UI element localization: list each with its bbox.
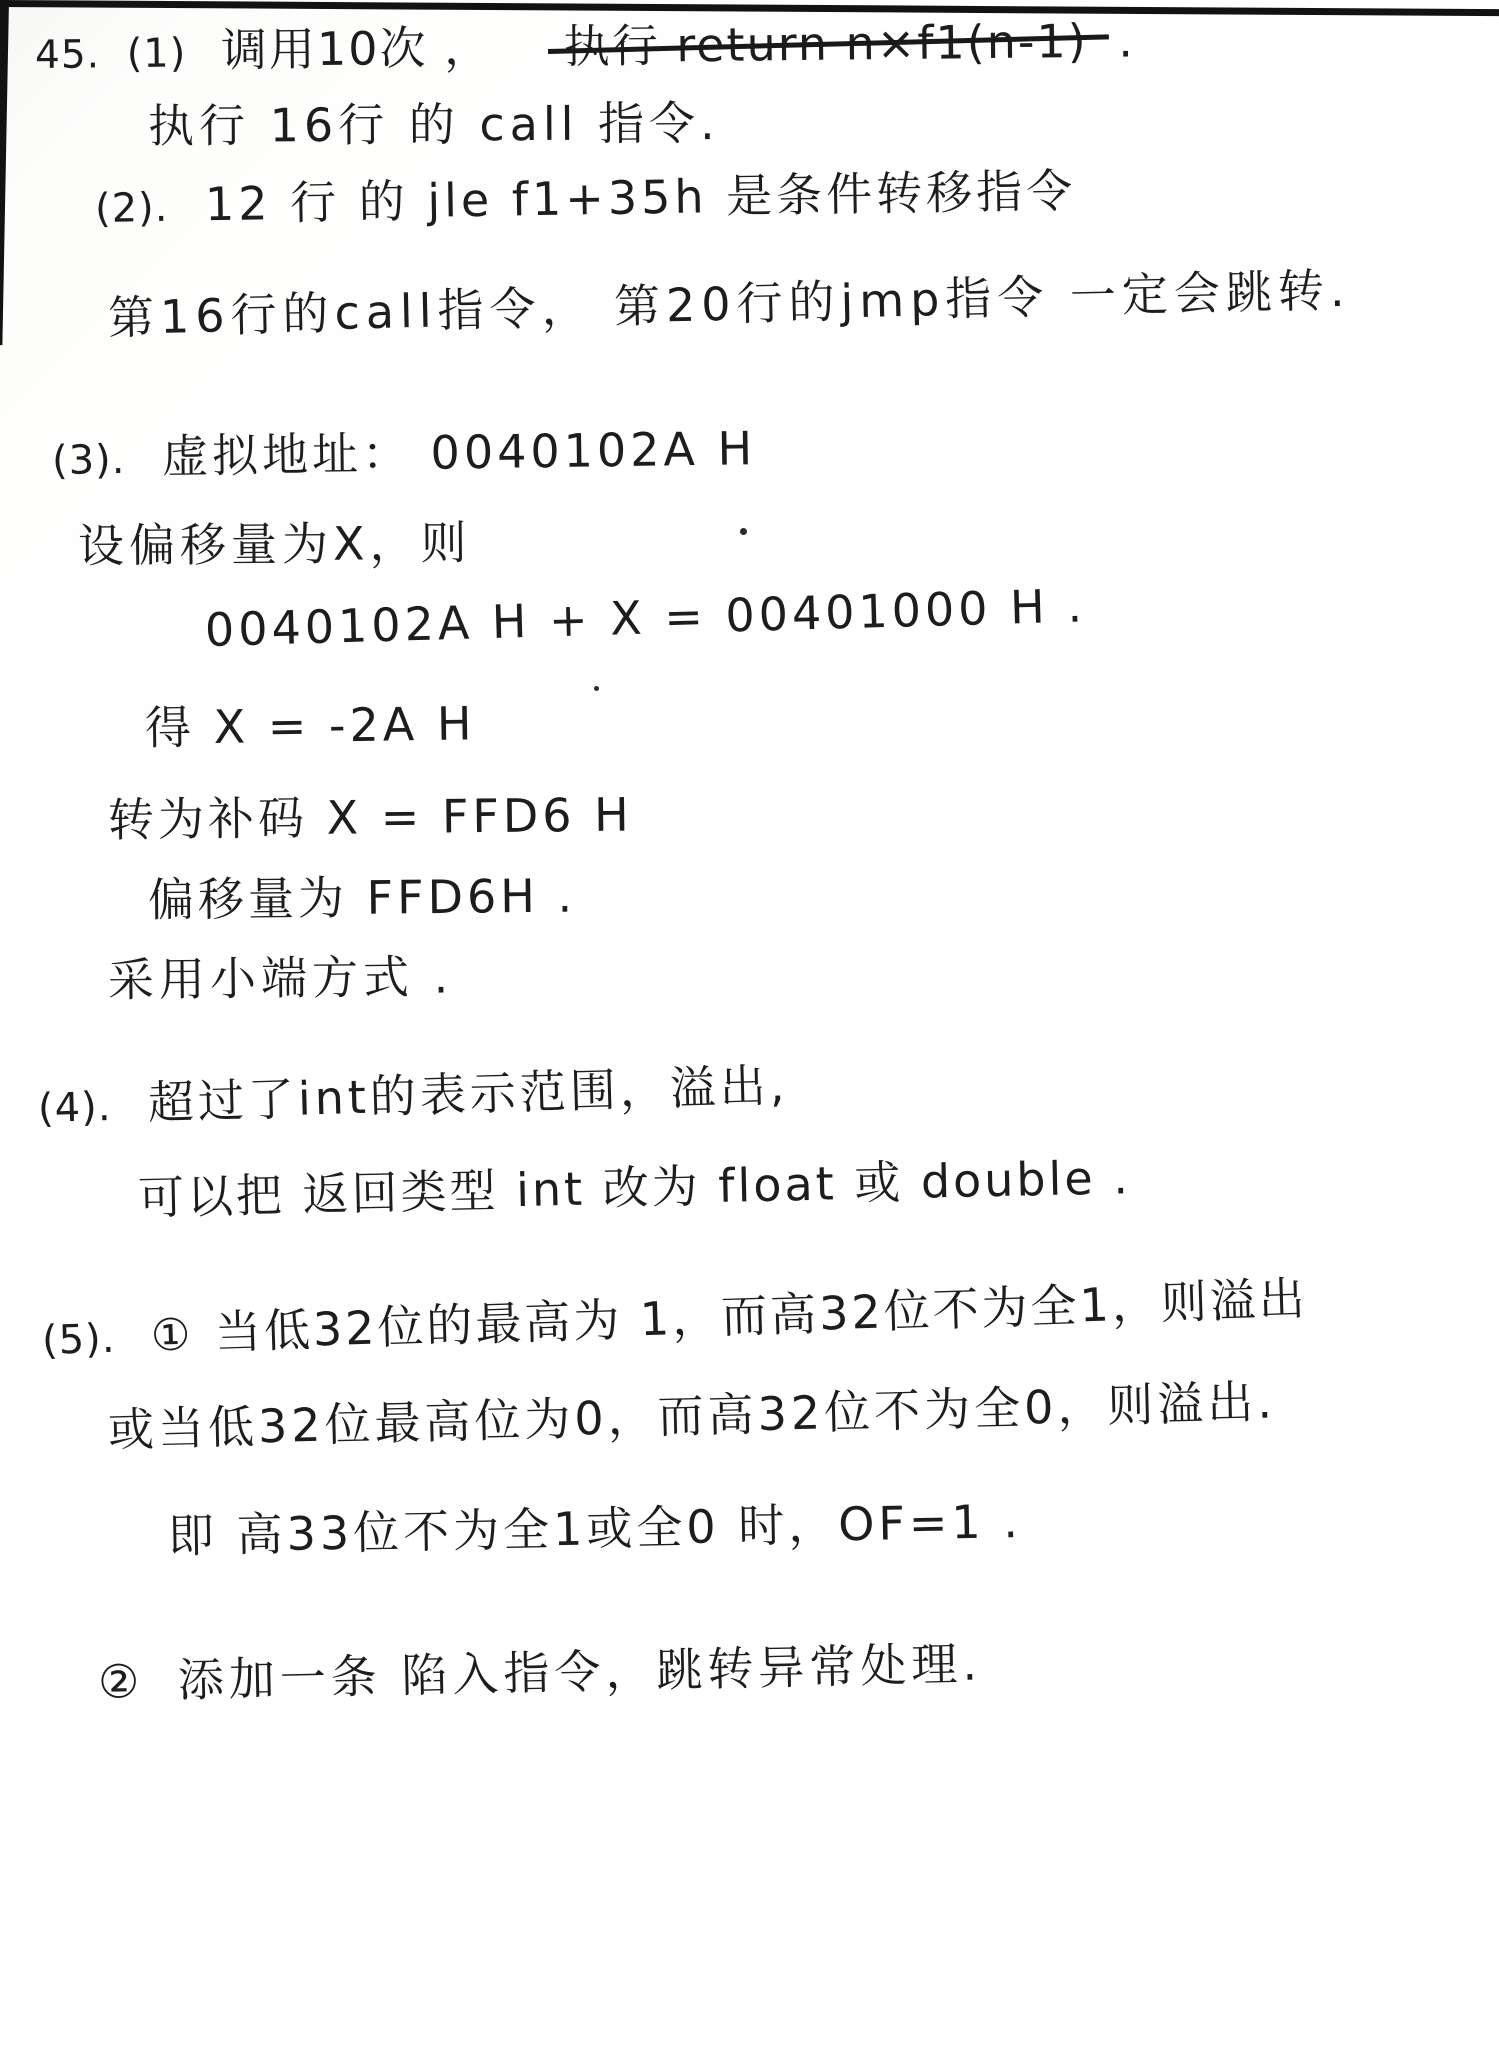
part-marker-4: (4). [37,1084,112,1132]
scanned-note-page: 45. (1) 调用10次 ， 执行 return n×f1(n-1) . 执行… [0,0,1499,2048]
answer-text: 虚拟地址： 0040102A H [162,421,757,483]
formula-text: 转为补码 X = FFD6 H [108,788,633,847]
formula-text: 0040102A H + X = 00401000 H . [204,578,1086,657]
answer-text: 调用10次 ， [221,20,493,77]
answer-text: 超过了int的表示范围，溢出, [147,1058,789,1130]
answer-text: 当低32位的最高为 1，而高32位不为全1，则溢出 [214,1271,1308,1359]
answer-line-6: 设偏移量为X，则 [78,517,472,573]
answer-text: 12 行 的 jle f1+35h 是条件转移指令 [205,164,1077,232]
answer-text: . [1118,13,1135,67]
part-marker-3: (3). [52,437,126,484]
answer-line-7: 0040102A H + X = 00401000 H . [204,579,1086,656]
answer-line-8: 得 X = -2A H [145,697,476,754]
answer-line-5: (3). 虚拟地址： 0040102A H [52,422,757,485]
part-marker-1: (1) [126,30,186,77]
answer-line-15: 或当低32位最高位为0，而高32位不为全0，则溢出. [107,1375,1276,1456]
scan-border-left [0,0,9,345]
ink-speck [740,528,747,535]
answer-line-4: 第16行的call指令， 第20行的jmp指令 一定会跳转. [107,264,1351,345]
scan-border-top [0,0,1499,16]
answer-text: 偏移量为 FFD6H . [148,869,577,927]
answer-text: 采用小端方式 . [108,949,454,1007]
answer-line-3: (2). 12 行 的 jle f1+35h 是条件转移指令 [95,165,1077,233]
circled-2-marker: ② [97,1654,140,1709]
answer-line-17: ② 添加一条 陷入指令，跳转异常处理. [97,1637,982,1708]
formula-text: 得 X = -2A H [145,696,476,755]
answer-text: 即 高33位不为全1或全0 时，OF=1 . [168,1494,1023,1563]
answer-line-16: 即 高33位不为全1或全0 时，OF=1 . [168,1495,1023,1563]
answer-text: 添加一条 陷入指令，跳转异常处理. [177,1636,982,1707]
part-marker-2: (2). [95,185,169,232]
answer-line-1: 45. (1) 调用10次 ， 执行 return n×f1(n-1) . [35,14,1135,78]
answer-line-10: 偏移量为 FFD6H . [148,870,577,927]
answer-text: 或当低32位最高位为0，而高32位不为全0，则溢出. [107,1374,1276,1457]
struck-text: 执行 return n×f1(n-1) [563,15,1087,73]
part-marker-5: (5). [41,1316,116,1364]
answer-line-2: 执行 16行 的 call 指令. [148,97,720,153]
answer-text: 可以把 返回类型 int 改为 float 或 double . [137,1150,1131,1225]
answer-line-12: (4). 超过了int的表示范围，溢出, [37,1059,789,1133]
ink-speck [594,686,599,691]
answer-text: 执行 16行 的 call 指令. [148,96,720,153]
answer-line-11: 采用小端方式 . [108,950,454,1007]
answer-text: 设偏移量为X，则 [78,516,472,573]
question-number: 45. [35,32,100,78]
answer-line-9: 转为补码 X = FFD6 H [108,789,633,847]
answer-text: 第16行的call指令， 第20行的jmp指令 一定会跳转. [107,263,1351,345]
circled-1-marker: ① [150,1309,192,1361]
answer-line-13: 可以把 返回类型 int 改为 float 或 double . [137,1151,1131,1225]
answer-line-14: (5). ① 当低32位的最高为 1，而高32位不为全1，则溢出 [41,1272,1308,1365]
